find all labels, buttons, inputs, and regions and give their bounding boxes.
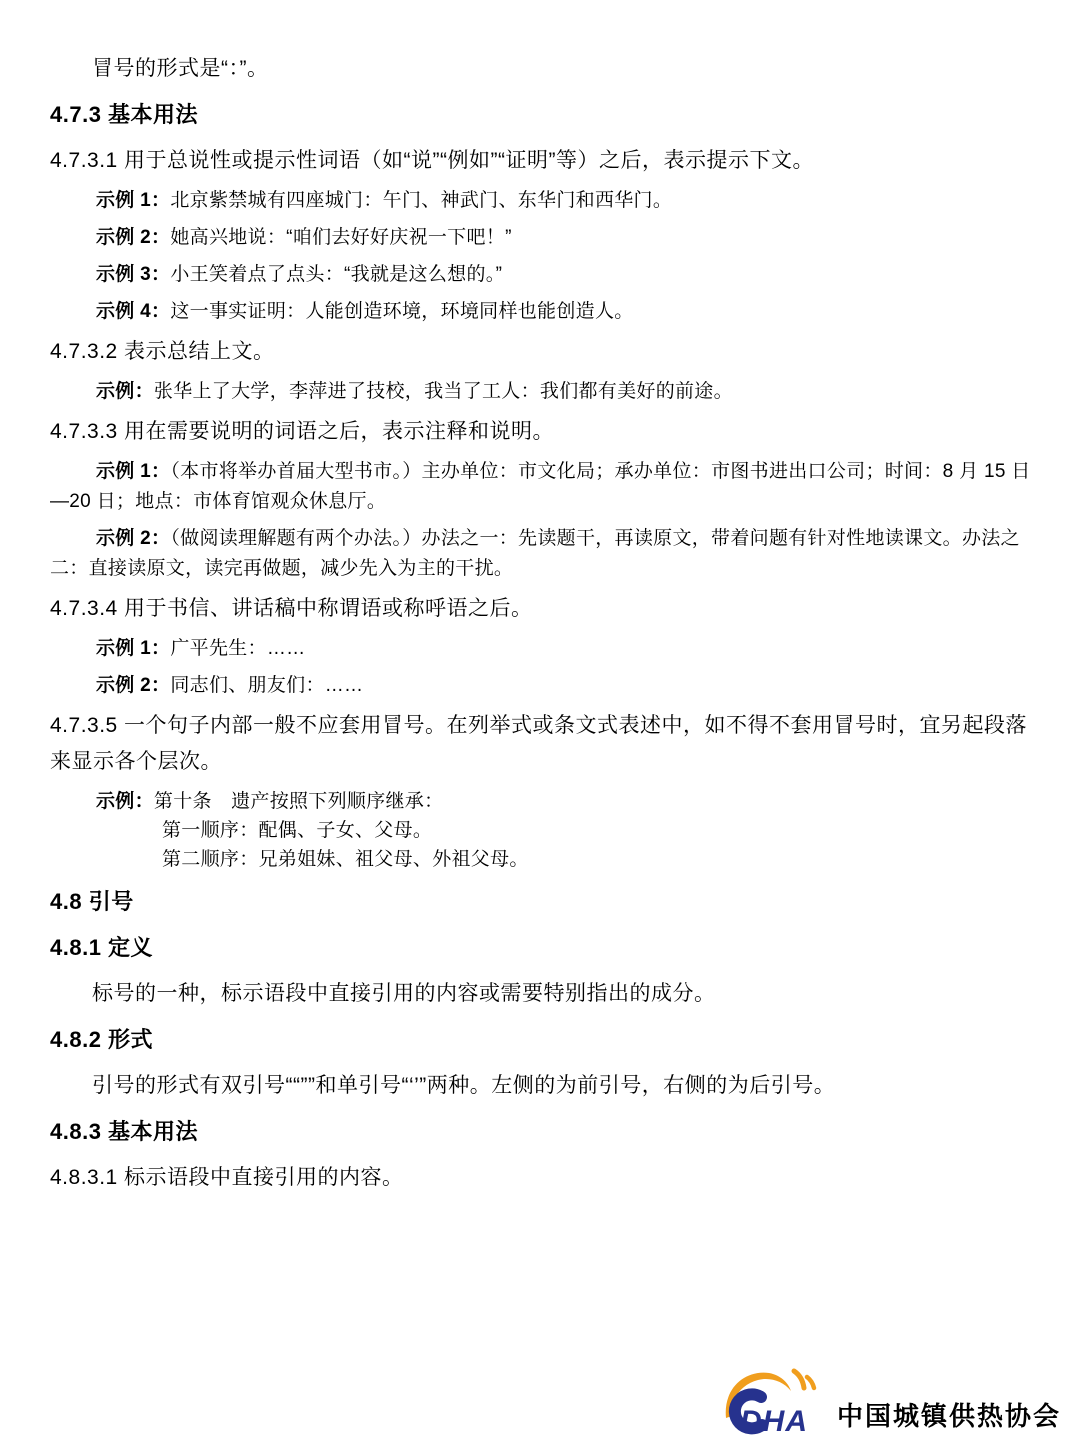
logo-acronym: DHA	[740, 1405, 808, 1438]
example-text: 同志们、朋友们：……	[170, 675, 363, 696]
clause-paragraph: 4.8.3.1 标示语段中直接引用的内容。	[50, 1160, 1033, 1196]
example-paragraph: 示例 2：（做阅读理解题有两个办法。）办法之一：先读题干，再读原文，带着问题有针…	[50, 524, 1033, 584]
body-paragraph: 标号的一种，标示语段中直接引用的内容或需要特别指出的成分。	[50, 976, 1033, 1012]
example-text: （本市将举办首届大型书市。）主办单位：市文化局；承办单位：市图书进出口公司；时间…	[50, 461, 1031, 512]
clause-text: 4.7.3.5 一个句子内部一般不应套用冒号。在列举式或条文式表述中，如不得不套…	[50, 714, 1027, 773]
example-text: 广平先生：……	[170, 638, 305, 659]
cdha-logo: DHA 中国城镇供热协会	[719, 1366, 1061, 1442]
clause-paragraph: 4.7.3.2 表示总结上文。	[50, 334, 1033, 370]
example-first-line: 示例：第十条 遗产按照下列顺序继承：	[50, 787, 1033, 816]
clause-paragraph: 4.7.3.5 一个句子内部一般不应套用冒号。在列举式或条文式表述中，如不得不套…	[50, 708, 1033, 780]
clause-text: 4.7.3.1 用于总说性或提示性词语（如“说”“例如”“证明”等）之后，表示提…	[50, 149, 814, 172]
example-paragraph: 示例 3：小王笑着点了点头：“我就是这么想的。”	[50, 260, 1033, 290]
clause-text: 4.7.3.2 表示总结上文。	[50, 340, 275, 363]
example-sub-line: 第二顺序：兄弟姐妹、祖父母、外祖父母。	[50, 845, 1033, 874]
example-paragraph: 示例 1：北京紫禁城有四座城门：午门、神武门、东华门和西华门。	[50, 186, 1033, 216]
section-heading-text: 4.8.1 定义	[50, 935, 153, 960]
logo-wave-icon	[794, 1371, 804, 1388]
example-label: 示例 1：	[96, 190, 170, 211]
document-body: 冒号的形式是“：”。 4.7.3 基本用法 4.7.3.1 用于总说性或提示性词…	[50, 51, 1033, 1196]
clause-paragraph: 4.7.3.3 用在需要说明的词语之后，表示注释和说明。	[50, 414, 1033, 450]
section-heading: 4.8.2 形式	[50, 1022, 1033, 1058]
section-heading-text: 4.8 引号	[50, 889, 134, 914]
example-paragraph: 示例 1：（本市将举办首届大型书市。）主办单位：市文化局；承办单位：市图书进出口…	[50, 457, 1033, 517]
example-text: 小王笑着点了点头：“我就是这么想的。”	[170, 264, 502, 285]
cdha-logo-icon: DHA	[719, 1366, 827, 1442]
clause-text: 4.7.3.3 用在需要说明的词语之后，表示注释和说明。	[50, 420, 554, 443]
example-label: 示例 2：	[96, 528, 170, 549]
example-label: 示例 3：	[96, 264, 170, 285]
body-paragraph-text: 标号的一种，标示语段中直接引用的内容或需要特别指出的成分。	[92, 982, 716, 1005]
section-heading-text: 4.8.3 基本用法	[50, 1119, 198, 1144]
clause-paragraph: 4.7.3.1 用于总说性或提示性词语（如“说”“例如”“证明”等）之后，表示提…	[50, 143, 1033, 179]
example-continuation: 第一顺序：配偶、子女、父母。第二顺序：兄弟姐妹、祖父母、外祖父母。	[50, 816, 1033, 874]
example-paragraph: 示例 4：这一事实证明：人能创造环境，环境同样也能创造人。	[50, 297, 1033, 327]
example-label: 示例 2：	[96, 675, 170, 696]
example-label: 示例 1：	[96, 638, 170, 659]
section-heading: 4.7.3 基本用法	[50, 97, 1033, 133]
example-label: 示例 1：	[96, 461, 170, 482]
example-text: 这一事实证明：人能创造环境，环境同样也能创造人。	[170, 301, 633, 322]
body-paragraph: 引号的形式有双引号““””和单引号“‘’”两种。左侧的为前引号，右侧的为后引号。	[50, 1068, 1033, 1104]
body-paragraph-text: 引号的形式有双引号““””和单引号“‘’”两种。左侧的为前引号，右侧的为后引号。	[92, 1074, 835, 1097]
example-paragraph: 示例 1：广平先生：……	[50, 634, 1033, 664]
example-text: 第十条 遗产按照下列顺序继承：	[154, 791, 444, 812]
example-label: 示例：	[96, 381, 154, 402]
logo-wave-small-icon	[807, 1377, 814, 1388]
example-sub-line: 第一顺序：配偶、子女、父母。	[50, 816, 1033, 845]
example-label: 示例 2：	[96, 227, 170, 248]
body-paragraph: 冒号的形式是“：”。	[50, 51, 1033, 87]
example-paragraph: 示例 2：同志们、朋友们：……	[50, 671, 1033, 701]
example-text: 她高兴地说：“咱们去好好庆祝一下吧！”	[170, 227, 511, 248]
example-multiline: 示例：第十条 遗产按照下列顺序继承： 第一顺序：配偶、子女、父母。第二顺序：兄弟…	[50, 787, 1033, 874]
clause-paragraph: 4.7.3.4 用于书信、讲话稿中称谓语或称呼语之后。	[50, 591, 1033, 627]
body-paragraph-text: 冒号的形式是“：”。	[92, 57, 269, 80]
section-heading-text: 4.7.3 基本用法	[50, 102, 198, 127]
example-text: （做阅读理解题有两个办法。）办法之一：先读题干，再读原文，带着问题有针对性地读课…	[50, 528, 1020, 579]
example-paragraph: 示例 2：她高兴地说：“咱们去好好庆祝一下吧！”	[50, 223, 1033, 253]
example-label: 示例：	[96, 791, 154, 812]
example-paragraph: 示例：张华上了大学，李萍进了技校，我当了工人：我们都有美好的前途。	[50, 377, 1033, 407]
clause-text: 4.7.3.4 用于书信、讲话稿中称谓语或称呼语之后。	[50, 597, 533, 620]
section-heading: 4.8.3 基本用法	[50, 1114, 1033, 1150]
example-text: 张华上了大学，李萍进了技校，我当了工人：我们都有美好的前途。	[154, 381, 733, 402]
section-heading: 4.8.1 定义	[50, 930, 1033, 966]
document-page: 冒号的形式是“：”。 4.7.3 基本用法 4.7.3.1 用于总说性或提示性词…	[0, 0, 1075, 1450]
section-heading: 4.8 引号	[50, 884, 1033, 920]
example-label: 示例 4：	[96, 301, 170, 322]
clause-text: 4.8.3.1 标示语段中直接引用的内容。	[50, 1166, 404, 1189]
section-heading-text: 4.8.2 形式	[50, 1027, 153, 1052]
example-text: 北京紫禁城有四座城门：午门、神武门、东华门和西华门。	[170, 190, 672, 211]
org-name: 中国城镇供热协会	[837, 1403, 1061, 1429]
